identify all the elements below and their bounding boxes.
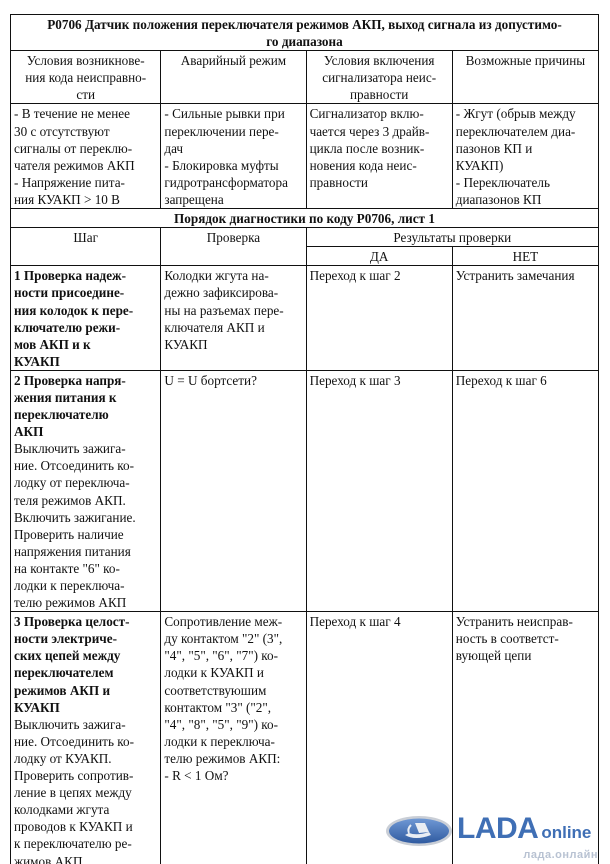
text-line: жения питания к: [14, 389, 157, 406]
text-line: КУАКП: [164, 336, 302, 353]
text-line: на контакте "6" ко-: [14, 560, 157, 577]
text-line: дежно зафиксирова-: [164, 284, 302, 301]
diagnostic-table: P0706 Датчик положения переключателя реж…: [10, 14, 599, 864]
step-body: Выключить зажига-ние. Отсоединить ко-лод…: [14, 716, 157, 864]
text-line: Выключить зажига-: [14, 716, 157, 733]
step-cell: 2 Проверка напря-жения питания кпереключ…: [11, 370, 161, 611]
cell-indicator-conditions: Сигнализатор вклю-чается через 3 драйв-ц…: [306, 104, 452, 209]
cell-fault-conditions: - В течение не менее30 с отсутствуютсигн…: [11, 104, 161, 209]
text-line: лодку от КУАКП.: [14, 750, 157, 767]
step-row: 2 Проверка напря-жения питания кпереключ…: [11, 370, 599, 611]
header-line: Условия возникнове-: [14, 52, 157, 69]
text-line: Переход к шаг 3: [310, 372, 449, 389]
text-line: соответствуюшим: [164, 682, 302, 699]
text-line: Устранить неисправ-: [456, 613, 595, 630]
yes-cell: Переход к шаг 3: [306, 370, 452, 611]
text-line: переключателем: [14, 664, 157, 681]
text-line: КУАКП: [14, 699, 157, 716]
text-line: Переход к шаг 6: [456, 372, 595, 389]
header-results: Результаты проверки: [306, 228, 598, 247]
text-line: "4", "8", "5", "9") ко-: [164, 716, 302, 733]
text-line: Переход к шаг 2: [310, 267, 449, 284]
text-line: мов АКП и к: [14, 336, 157, 353]
header-line: ния кода неисправно-: [14, 69, 157, 86]
text-line: ду контактом "2" (3",: [164, 630, 302, 647]
header-line: Условия включения: [310, 52, 449, 69]
text-line: ности электриче-: [14, 630, 157, 647]
text-line: жимов АКП: [14, 853, 157, 864]
watermark-brand-suffix: online: [541, 823, 591, 842]
text-line: дач: [164, 140, 302, 157]
text-line: переключателю: [14, 406, 157, 423]
step-cell: 3 Проверка целост-ности электриче-ских ц…: [11, 612, 161, 864]
header-line: Аварийный режим: [164, 52, 302, 69]
conditions-row: - В течение не менее30 с отсутствуютсигн…: [11, 104, 599, 209]
text-line: ключателя АКП и: [164, 319, 302, 336]
text-line: U = U бортсети?: [164, 372, 302, 389]
watermark: LADAonline лада.онлайн: [385, 812, 600, 862]
text-line: Проверить сопротив-: [14, 767, 157, 784]
step-title: 1 Проверка надеж-ности присоедине-ния ко…: [14, 267, 157, 370]
header-line: Возможные причины: [456, 52, 595, 69]
text-line: 3 Проверка целост-: [14, 613, 157, 630]
text-line: запрещена: [164, 191, 302, 208]
text-line: Включить зажигание.: [14, 509, 157, 526]
text-line: КУАКП: [14, 353, 157, 370]
text-line: ны на разъемах пере-: [164, 302, 302, 319]
text-line: проводов к КУАКП и: [14, 818, 157, 835]
text-line: ности присоедине-: [14, 284, 157, 301]
check-cell: U = U бортсети?: [161, 370, 306, 611]
text-line: лодку от переключа-: [14, 474, 157, 491]
text-line: переключении пере-: [164, 123, 302, 140]
document-title: P0706 Датчик положения переключателя реж…: [11, 15, 599, 51]
text-line: теля режимов АКП.: [14, 492, 157, 509]
text-line: Колодки жгута на-: [164, 267, 302, 284]
cell-possible-causes: - Жгут (обрыв междупереключателем диа-па…: [452, 104, 598, 209]
text-line: Сигнализатор вклю-: [310, 105, 449, 122]
title-line: го диапазона: [14, 33, 595, 50]
text-line: ние. Отсоединить ко-: [14, 457, 157, 474]
text-line: лодки к переключа-: [164, 733, 302, 750]
text-line: "4", "5", "6", "7") ко-: [164, 647, 302, 664]
text-line: лодки к КУАКП и: [164, 664, 302, 681]
text-line: телю режимов АКП: [14, 594, 157, 611]
section-title-row: Порядок диагностики по коду P0706, лист …: [11, 209, 599, 228]
step-title: 2 Проверка напря-жения питания кпереключ…: [14, 372, 157, 440]
text-line: ключателю режи-: [14, 319, 157, 336]
no-cell: Устранить замечания: [452, 266, 598, 371]
step-row: 1 Проверка надеж-ности присоедине-ния ко…: [11, 266, 599, 371]
text-line: Переход к шаг 4: [310, 613, 449, 630]
text-line: напряжения питания: [14, 543, 157, 560]
watermark-brand-name: LADA: [457, 812, 538, 845]
text-line: Сопротивление меж-: [164, 613, 302, 630]
yes-cell: Переход к шаг 2: [306, 266, 452, 371]
section-title: Порядок диагностики по коду P0706, лист …: [11, 209, 599, 228]
text-line: КУАКП): [456, 157, 595, 174]
no-cell: Переход к шаг 6: [452, 370, 598, 611]
text-line: - R < 1 Ом?: [164, 767, 302, 784]
text-line: гидротрансформатора: [164, 174, 302, 191]
header-line: сти: [14, 86, 157, 103]
header-line: сигнализатора неис-: [310, 69, 449, 86]
watermark-subtitle: лада.онлайн: [523, 849, 598, 861]
text-line: к переключателю ре-: [14, 835, 157, 852]
header-step: Шаг: [11, 228, 161, 266]
header-emergency-mode: Аварийный режим: [161, 51, 306, 104]
text-line: - Переключатель: [456, 174, 595, 191]
document-title-row: P0706 Датчик положения переключателя реж…: [11, 15, 599, 51]
text-line: АКП: [14, 423, 157, 440]
text-line: правности: [310, 174, 449, 191]
header-fault-conditions: Условия возникнове- ния кода неисправно-…: [11, 51, 161, 104]
step-title: 3 Проверка целост-ности электриче-ских ц…: [14, 613, 157, 716]
check-cell: Сопротивление меж-ду контактом "2" (3","…: [161, 612, 306, 864]
text-line: - Жгут (обрыв между: [456, 105, 595, 122]
header-yes: ДА: [306, 247, 452, 266]
title-line: P0706 Датчик положения переключателя реж…: [14, 16, 595, 33]
text-line: Выключить зажига-: [14, 440, 157, 457]
text-line: Устранить замечания: [456, 267, 595, 284]
step-cell: 1 Проверка надеж-ности присоедине-ния ко…: [11, 266, 161, 371]
check-cell: Колодки жгута на-дежно зафиксирова-ны на…: [161, 266, 306, 371]
header-check: Проверка: [161, 228, 306, 266]
text-line: сигналы от переклю-: [14, 140, 157, 157]
diag-header-row: Шаг Проверка Результаты проверки: [11, 228, 599, 247]
text-line: пазонов КП и: [456, 140, 595, 157]
text-line: колодками жгута: [14, 801, 157, 818]
text-line: 1 Проверка надеж-: [14, 267, 157, 284]
text-line: 30 с отсутствуют: [14, 123, 157, 140]
watermark-brand: LADAonline: [457, 812, 591, 846]
step-body: Выключить зажига-ние. Отсоединить ко-лод…: [14, 440, 157, 611]
text-line: ния колодок к пере-: [14, 302, 157, 319]
lada-boat-logo-icon: [385, 815, 453, 847]
conditions-header-row: Условия возникнове- ния кода неисправно-…: [11, 51, 599, 104]
text-line: ление в цепях между: [14, 784, 157, 801]
text-line: переключателем диа-: [456, 123, 595, 140]
text-line: - Блокировка муфты: [164, 157, 302, 174]
text-line: 2 Проверка напря-: [14, 372, 157, 389]
text-line: телю режимов АКП:: [164, 750, 302, 767]
text-line: - Сильные рывки при: [164, 105, 302, 122]
text-line: диапазонов КП: [456, 191, 595, 208]
text-line: - Напряжение пита-: [14, 174, 157, 191]
text-line: ность в соответст-: [456, 630, 595, 647]
text-line: ния КУАКП > 10 В: [14, 191, 157, 208]
header-possible-causes: Возможные причины: [452, 51, 598, 104]
text-line: - В течение не менее: [14, 105, 157, 122]
header-no: НЕТ: [452, 247, 598, 266]
text-line: вующей цепи: [456, 647, 595, 664]
text-line: режимов АКП и: [14, 682, 157, 699]
text-line: чается через 3 драйв-: [310, 123, 449, 140]
text-line: Проверить наличие: [14, 526, 157, 543]
header-line: правности: [310, 86, 449, 103]
text-line: лодки к переключа-: [14, 577, 157, 594]
text-line: ние. Отсоединить ко-: [14, 733, 157, 750]
text-line: чателя режимов АКП: [14, 157, 157, 174]
cell-emergency-mode: - Сильные рывки припереключении пере-дач…: [161, 104, 306, 209]
text-line: цикла после возник-: [310, 140, 449, 157]
header-indicator-conditions: Условия включения сигнализатора неис- пр…: [306, 51, 452, 104]
text-line: ских цепей между: [14, 647, 157, 664]
text-line: контактом "3" ("2",: [164, 699, 302, 716]
text-line: новения кода неис-: [310, 157, 449, 174]
